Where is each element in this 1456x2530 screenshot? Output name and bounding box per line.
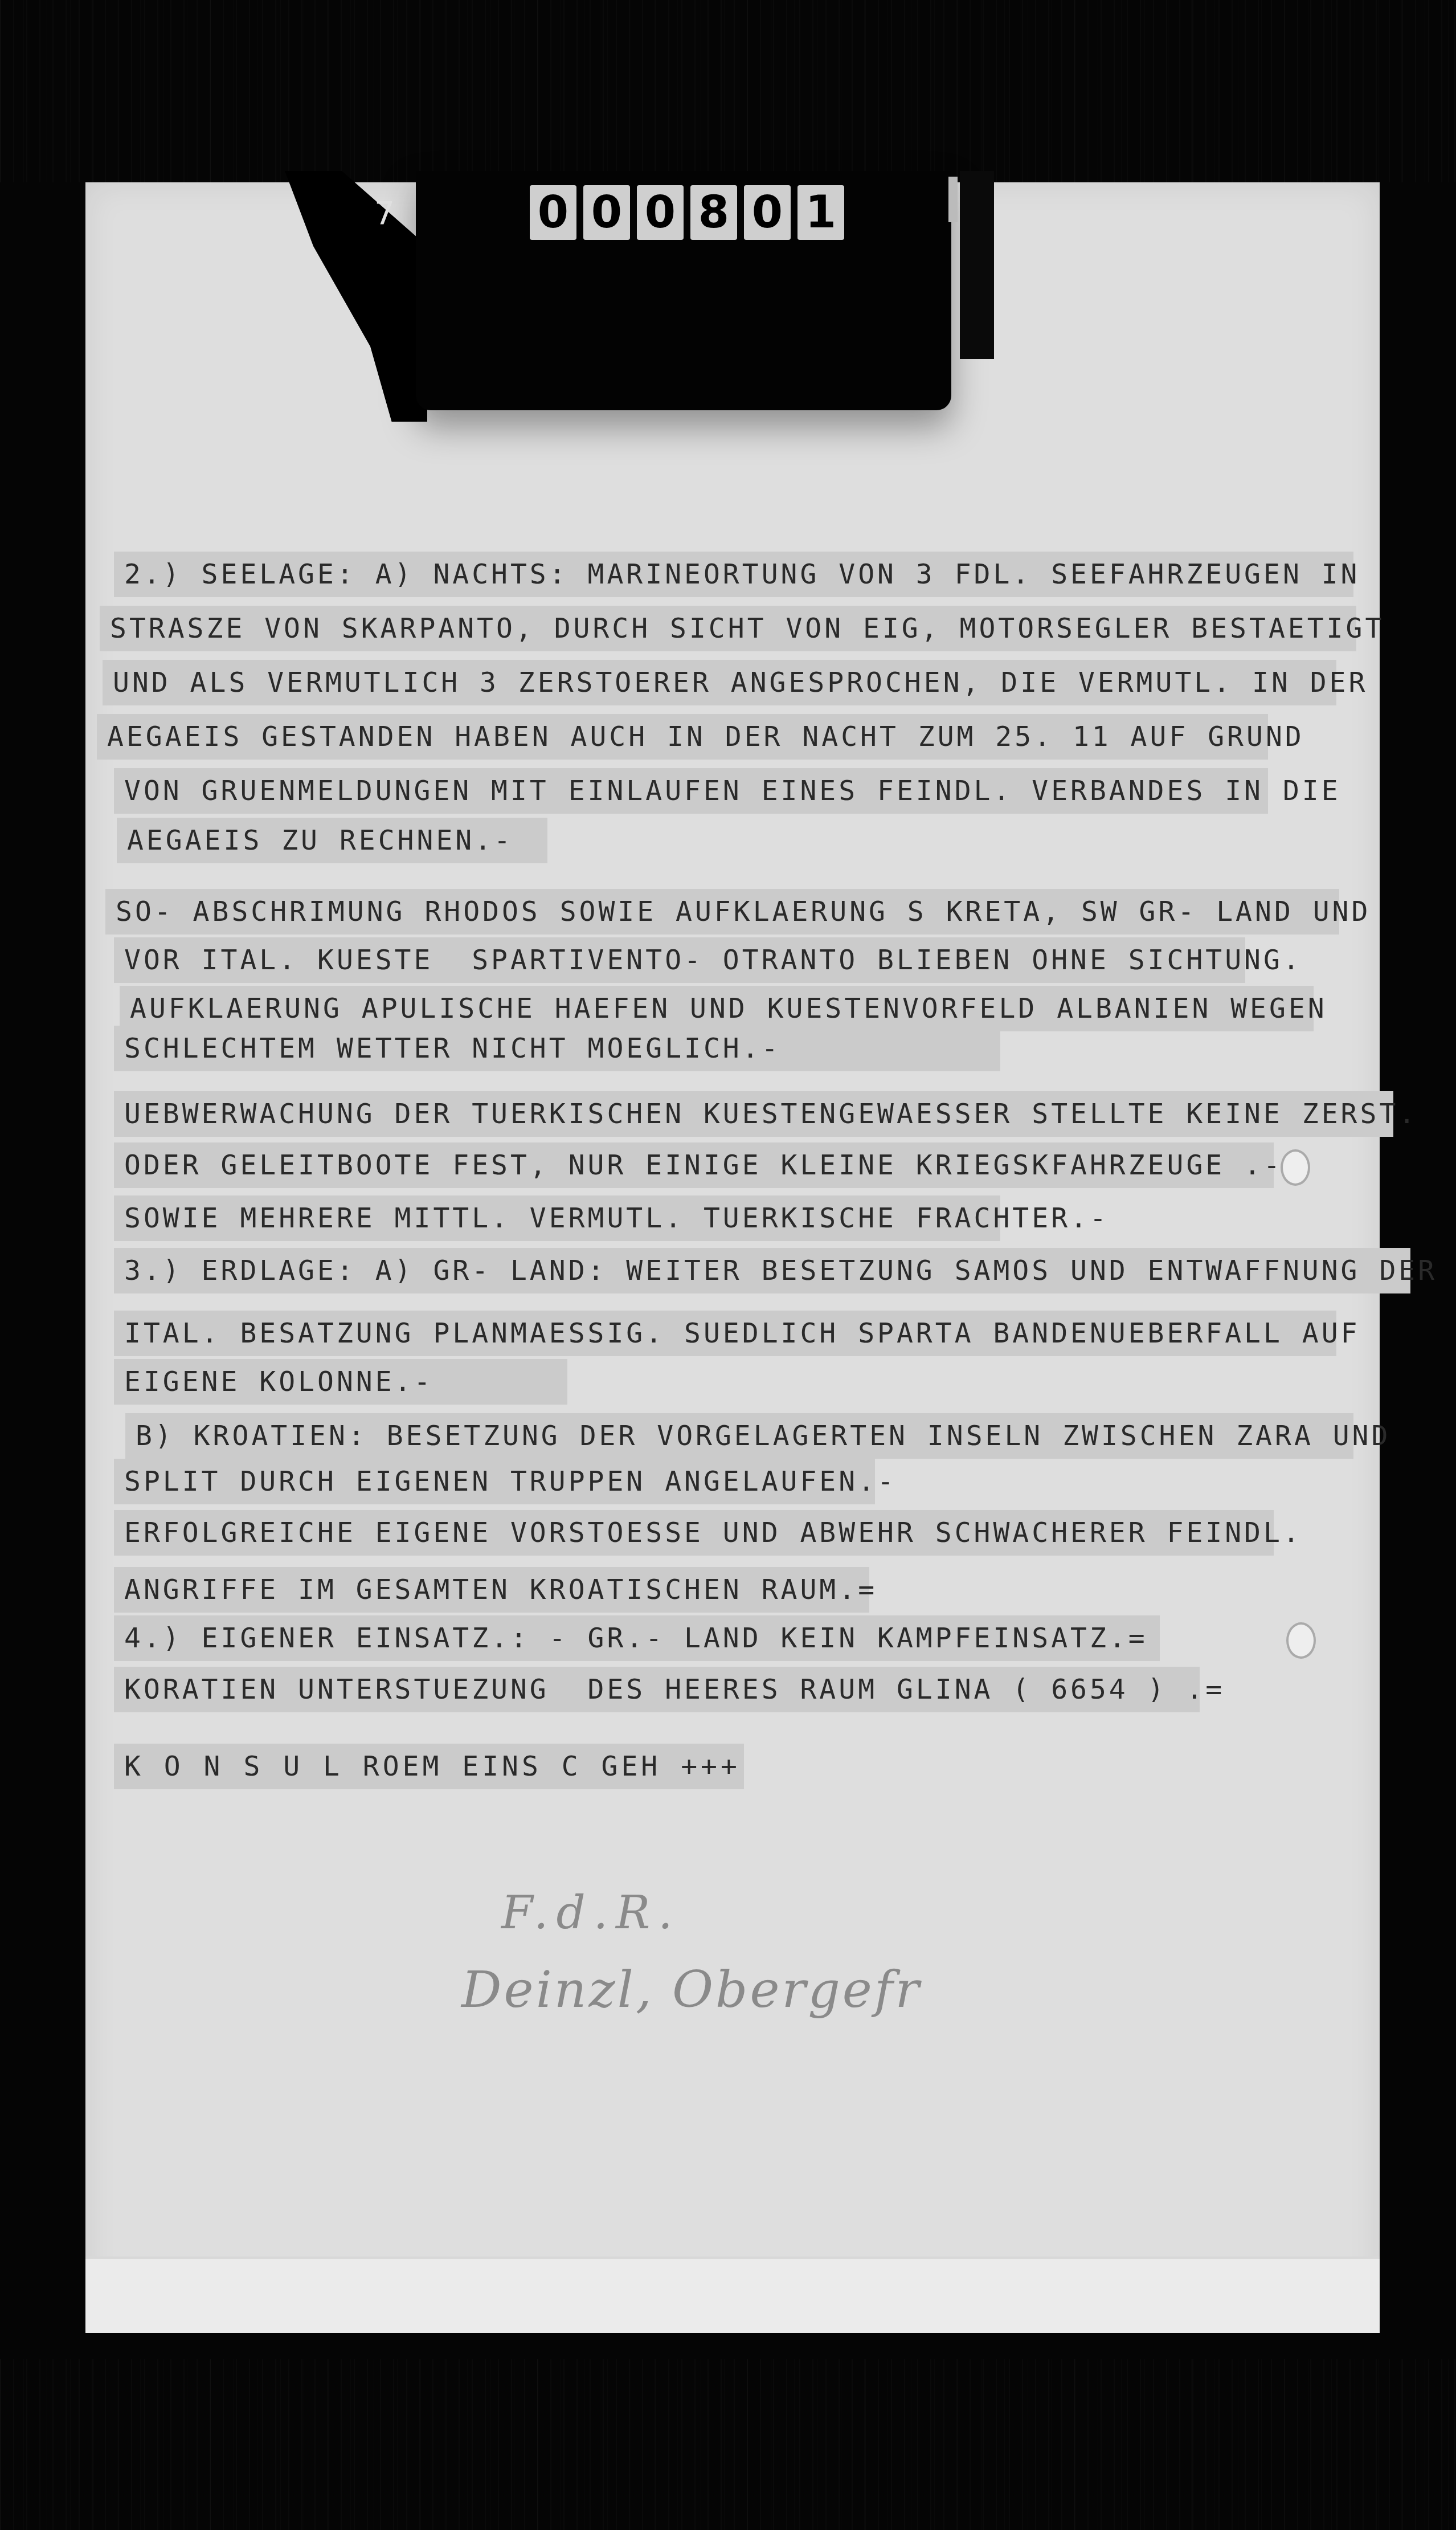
film-scratches-bottom (0, 2359, 1456, 2530)
counter-digit: 0 (744, 185, 791, 240)
typed-line: K O N S U L ROEM EINS C GEH +++ (114, 1744, 744, 1789)
counter-side-tab (960, 171, 994, 359)
film-scratches-top (0, 0, 1456, 182)
typed-line: AEGAEIS ZU RECHNEN.- (117, 818, 547, 863)
counter-digit: 0 (583, 185, 630, 240)
typed-line: 4.) EIGENER EINSATZ.: - GR.- LAND KEIN K… (114, 1615, 1160, 1661)
typed-line: VOR ITAL. KUESTE SPARTIVENTO- OTRANTO BL… (114, 937, 1245, 983)
signature-name: Deinzl, Obergefr (461, 1960, 922, 2019)
typed-line: AUFKLAERUNG APULISCHE HAEFEN UND KUESTEN… (120, 986, 1314, 1031)
counter-digit: 0 (530, 185, 576, 240)
counter-digit: 0 (637, 185, 684, 240)
typed-line: 2.) SEELAGE: A) NACHTS: MARINEORTUNG VON… (114, 552, 1353, 597)
typed-line: ITAL. BESATZUNG PLANMAESSIG. SUEDLICH SP… (114, 1311, 1336, 1356)
signature-initials: F.d.R. (501, 1886, 681, 1939)
typed-line: SO- ABSCHRIMUNG RHODOS SOWIE AUFKLAERUNG… (105, 889, 1339, 935)
typed-line: AEGAEIS GESTANDEN HABEN AUCH IN DER NACH… (97, 714, 1268, 760)
typed-line: 3.) ERDLAGE: A) GR- LAND: WEITER BESETZU… (114, 1248, 1410, 1293)
typed-line: KORATIEN UNTERSTUEZUNG DES HEERES RAUM G… (114, 1667, 1200, 1712)
typed-line: ERFOLGREICHE EIGENE VORSTOESSE UND ABWEH… (114, 1510, 1274, 1556)
page-bottom-fold (85, 2256, 1380, 2333)
counter-digit: 1 (797, 185, 844, 240)
typed-line: UEBWERWACHUNG DER TUERKISCHEN KUESTENGEW… (114, 1091, 1393, 1137)
typed-line: SOWIE MEHRERE MITTL. VERMUTL. TUERKISCHE… (114, 1195, 1000, 1241)
typed-line: EIGENE KOLONNE.- (114, 1359, 567, 1405)
typed-line: SPLIT DURCH EIGENEN TRUPPEN ANGELAUFEN.- (114, 1459, 875, 1504)
typed-line: UND ALS VERMUTLICH 3 ZERSTOERER ANGESPRO… (103, 660, 1336, 705)
typed-line: VON GRUENMELDUNGEN MIT EINLAUFEN EINES F… (114, 768, 1268, 814)
typed-line: STRASZE VON SKARPANTO, DURCH SICHT VON E… (100, 606, 1356, 651)
typed-line: SCHLECHTEM WETTER NICHT MOEGLICH.- (114, 1026, 1000, 1071)
typed-line: B) KROATIEN: BESETZUNG DER VORGELAGERTEN… (125, 1413, 1353, 1459)
typed-line: ODER GELEITBOOTE FEST, NUR EINIGE KLEINE… (114, 1142, 1274, 1188)
frame-counter-digits: 0 0 0 8 0 1 (530, 185, 844, 240)
counter-side-mark: 7 (367, 185, 402, 242)
punch-hole (1286, 1622, 1316, 1659)
typed-line: ANGRIFFE IM GESAMTEN KROATISCHEN RAUM.= (114, 1567, 869, 1613)
punch-hole (1281, 1149, 1310, 1186)
counter-digit: 8 (690, 185, 737, 240)
